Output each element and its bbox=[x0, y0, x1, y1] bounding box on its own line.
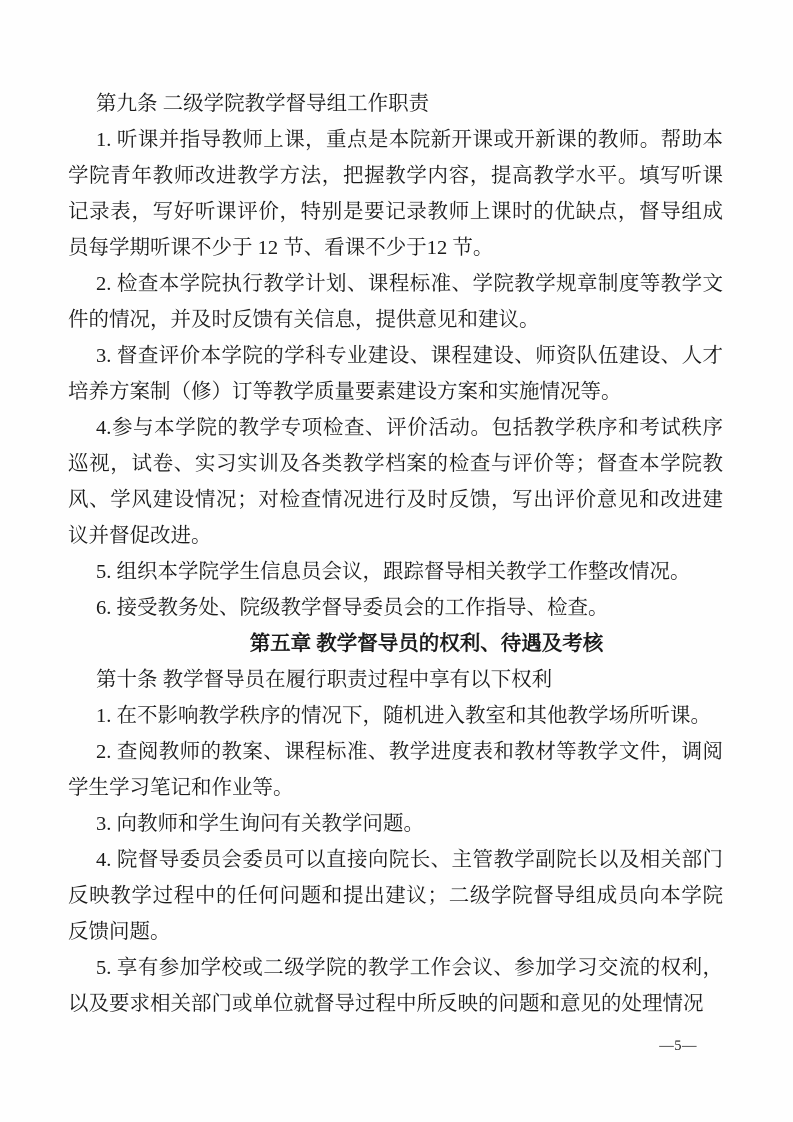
document-body: 第九条 二级学院教学督导组工作职责 1. 听课并指导教师上课，重点是本院新开课或… bbox=[68, 86, 723, 1022]
article-9-item-1: 1. 听课并指导教师上课，重点是本院新开课或开新课的教师。帮助本学院青年教师改进… bbox=[68, 122, 723, 266]
article-10-item-1: 1. 在不影响教学秩序的情况下，随机进入教室和其他教学场所听课。 bbox=[68, 698, 723, 734]
article-10-item-5: 5. 享有参加学校或二级学院的教学工作会议、参加学习交流的权利，以及要求相关部门… bbox=[68, 950, 723, 1022]
chapter-5-heading: 第五章 教学督导员的权利、待遇及考核 bbox=[68, 626, 723, 662]
article-10-item-2: 2. 查阅教师的教案、课程标准、教学进度表和教材等教学文件，调阅学生学习笔记和作… bbox=[68, 734, 723, 806]
document-page: 第九条 二级学院教学督导组工作职责 1. 听课并指导教师上课，重点是本院新开课或… bbox=[0, 0, 793, 1122]
article-10-item-4: 4. 院督导委员会委员可以直接向院长、主管教学副院长以及相关部门反映教学过程中的… bbox=[68, 842, 723, 950]
article-9-title: 第九条 二级学院教学督导组工作职责 bbox=[68, 86, 723, 122]
article-9-item-3: 3. 督查评价本学院的学科专业建设、课程建设、师资队伍建设、人才培养方案制（修）… bbox=[68, 338, 723, 410]
article-9-item-2: 2. 检查本学院执行教学计划、课程标准、学院教学规章制度等教学文件的情况，并及时… bbox=[68, 266, 723, 338]
article-10-item-3: 3. 向教师和学生询问有关教学问题。 bbox=[68, 806, 723, 842]
article-10-title: 第十条 教学督导员在履行职责过程中享有以下权利 bbox=[68, 662, 723, 698]
page-number: —5— bbox=[659, 1036, 697, 1056]
article-9-item-4: 4.参与本学院的教学专项检查、评价活动。包括教学秩序和考试秩序巡视，试卷、实习实… bbox=[68, 410, 723, 554]
article-9-item-6: 6. 接受教务处、院级教学督导委员会的工作指导、检查。 bbox=[68, 590, 723, 626]
article-9-item-5: 5. 组织本学院学生信息员会议，跟踪督导相关教学工作整改情况。 bbox=[68, 554, 723, 590]
